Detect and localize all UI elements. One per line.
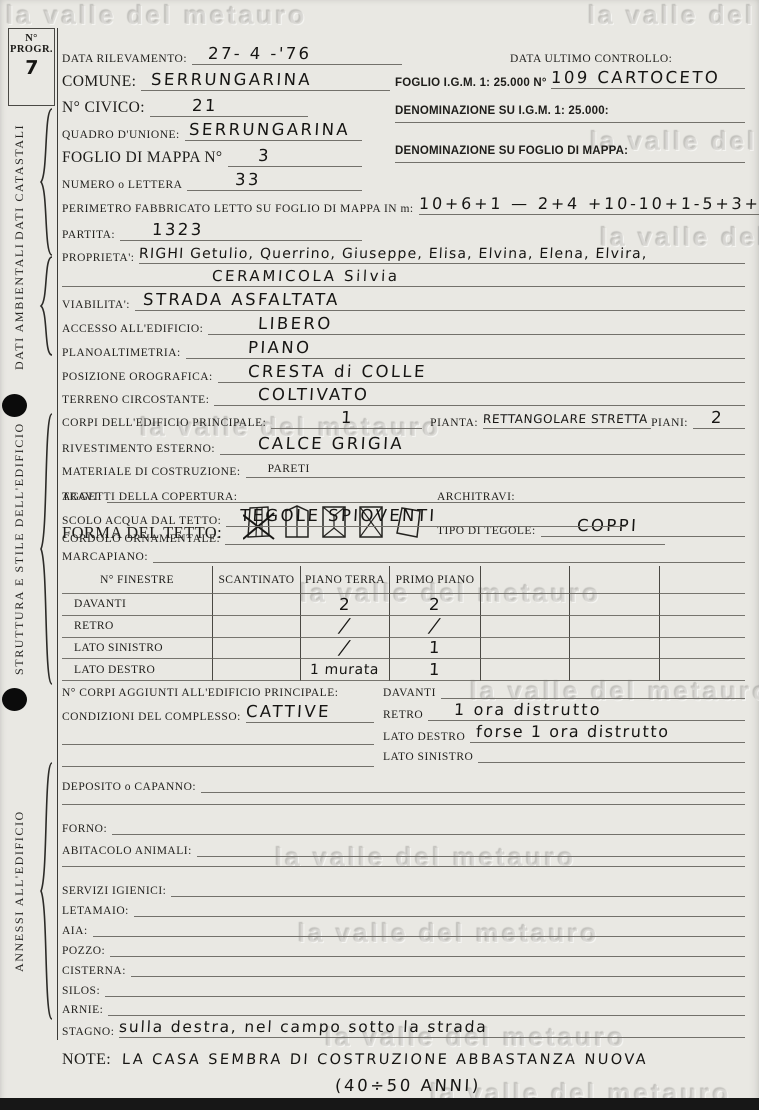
- note-value: LA CASA SEMBRA DI COSTRUZIONE ABBASTANZA…: [122, 1052, 649, 1068]
- table-cell: [570, 638, 660, 660]
- note-label: NOTE:: [62, 1051, 116, 1069]
- field-corpi-aggiunti-davanti: DAVANTI: [383, 678, 745, 700]
- data-rilevamento-value: 27- 4 -'76: [208, 46, 312, 63]
- numero-lettera-value: 33: [235, 172, 262, 189]
- table-cell: 2: [301, 594, 390, 616]
- table-cell: [213, 594, 301, 616]
- progr-value: 7: [24, 57, 39, 79]
- field-materiale: MATERIALE DI COSTRUZIONE: PARETI: [62, 456, 745, 479]
- scolo-value: TEGOLE SPIOVENTI: [240, 508, 437, 525]
- field-planoaltimetria: PLANOALTIMETRIA: PIANO: [62, 334, 745, 360]
- watermark: la valle del metauro: [6, 0, 307, 31]
- retro-value: 1 ora distrutto: [454, 700, 603, 719]
- field-posizione: POSIZIONE OROGRAFICA: CRESTA di COLLE: [62, 358, 745, 384]
- table-cell: [213, 638, 301, 660]
- field-note-2: (40÷50 ANNI): [335, 1070, 635, 1096]
- field-retro-corpi: RETRO 1 ora distrutto: [383, 698, 745, 722]
- table-cell: [660, 638, 745, 660]
- foglio-igm-value: 109 CARTOCETO: [550, 70, 720, 87]
- n-civico-label: N° CIVICO:: [62, 99, 150, 117]
- col-header: [660, 566, 745, 594]
- field-cordolo: CORDOLO ORNAMENTALE:: [62, 528, 745, 546]
- table-row-label: DAVANTI: [62, 594, 213, 616]
- section-label-struttura-stile: STRUTTURA E STILE DELL'EDIFICIO: [12, 413, 27, 685]
- comune-label: COMUNE:: [62, 73, 141, 91]
- foglio-mappa-value: 3: [257, 148, 271, 165]
- table-cell: 1: [390, 638, 481, 660]
- planoaltimetria-value: PIANO: [247, 340, 311, 357]
- table-cell: 2: [390, 594, 481, 616]
- stagno-value: sulla destra, nel campo sotto la strada: [119, 1018, 489, 1036]
- blank-rule: [62, 844, 745, 867]
- blank-rule: [62, 722, 374, 745]
- col-header: PRIMO PIANO: [390, 566, 481, 594]
- field-perimetro: PERIMETRO FABBRICATO LETTO SU FOGLIO DI …: [62, 188, 745, 216]
- blank-rule: [395, 136, 745, 163]
- watermark: la valle del metauro: [588, 0, 759, 31]
- quadro-unione-value: SERRUNGARINA: [188, 122, 350, 139]
- brace-icon: [38, 413, 54, 685]
- field-corpi-aggiunti: N° CORPI AGGIUNTI ALL'EDIFICIO PRINCIPAL…: [62, 678, 378, 700]
- field-comune: COMUNE: SERRUNGARINA: [62, 64, 390, 92]
- lato-destro-value: forse 1 ora distrutto: [476, 722, 671, 741]
- field-marcapiano: MARCAPIANO:: [62, 546, 745, 564]
- rivestimento-label: RIVESTIMENTO ESTERNO:: [62, 443, 220, 455]
- table-cell: /: [390, 616, 481, 638]
- viabilita-value: STRADA ASFALTATA: [143, 292, 341, 309]
- scanned-survey-form: la valle del metauro la valle del metaur…: [0, 0, 759, 1110]
- partita-value: 1323: [152, 222, 204, 239]
- pianta-value: RETTANGOLARE STRETTA: [483, 412, 649, 426]
- table-cell: /: [301, 638, 390, 660]
- terreno-value: COLTIVATO: [258, 387, 370, 404]
- note-value-2: (40÷50 ANNI): [335, 1076, 482, 1095]
- field-lato-destro-corpi: LATO DESTRO forse 1 ora distrutto: [383, 720, 745, 744]
- piani-value: 2: [711, 410, 725, 427]
- col-header: [570, 566, 660, 594]
- corpi-label: CORPI DELL'EDIFICIO PRINCIPALE:: [62, 417, 271, 429]
- field-stagno: STAGNO: sulla destra, nel campo sotto la…: [62, 1013, 745, 1039]
- field-foglio-igm: FOGLIO I.G.M. 1: 25.000 N° 109 CARTOCETO: [395, 62, 745, 90]
- field-note: NOTE: LA CASA SEMBRA DI COSTRUZIONE ABBA…: [62, 1042, 745, 1070]
- table-row-label: RETRO: [62, 616, 213, 638]
- corpi-value: 1: [341, 410, 355, 427]
- progr-label: PROGR.: [9, 44, 54, 55]
- field-foglio-mappa: FOGLIO DI MAPPA N° 3: [62, 140, 362, 168]
- field-partita: PARTITA: 1323: [62, 214, 362, 242]
- field-proprieta-2: CERAMICOLA Silvia: [62, 263, 745, 288]
- field-scolo: SCOLO ACQUA DAL TETTO: TEGOLE SPIOVENTI: [62, 506, 745, 528]
- blank-rule: [62, 744, 374, 767]
- brace-icon: [38, 762, 54, 1020]
- accesso-value: LIBERO: [258, 316, 334, 333]
- table-cell: [481, 638, 570, 660]
- field-aggetti: AGGETTI DELLA COPERTURA:: [62, 487, 745, 504]
- table-cell: [481, 594, 570, 616]
- margin-divider: [57, 28, 58, 1040]
- finestre-table: N° FINESTRE SCANTINATO PIANO TERRA PRIMO…: [62, 566, 745, 681]
- materiale-label: MATERIALE DI COSTRUZIONE:: [62, 466, 246, 478]
- table-cell: [660, 594, 745, 616]
- blank-rule: [62, 782, 745, 805]
- brace-icon: [38, 256, 54, 356]
- field-n-civico: N° CIVICO: 21: [62, 92, 308, 118]
- field-viabilita: VIABILITA': STRADA ASFALTATA: [62, 286, 745, 312]
- field-quadro-unione: QUADRO D'UNIONE: SERRUNGARINA: [62, 116, 362, 142]
- pianta-label: PIANTA:: [422, 417, 483, 429]
- rivestimento-value: CALCE GRIGIA: [258, 436, 405, 453]
- field-corpi-pianta: CORPI DELL'EDIFICIO PRINCIPALE: 1 PIANTA…: [62, 404, 745, 430]
- col-header: [481, 566, 570, 594]
- field-lato-sinistro-corpi: LATO SINISTRO: [383, 742, 745, 764]
- table-cell: [570, 594, 660, 616]
- section-label-annessi: ANNESSI ALL'EDIFICIO: [12, 762, 27, 1020]
- hole-punch-icon: [2, 394, 27, 417]
- field-data-rilevamento: DATA RILEVAMENTO: 27- 4 -'76: [62, 38, 402, 66]
- condizioni-value: CATTIVE: [245, 704, 331, 721]
- posizione-value: CRESTA di COLLE: [247, 364, 427, 381]
- field-accesso: ACCESSO ALL'EDIFICIO: LIBERO: [62, 310, 745, 336]
- field-condizioni: CONDIZIONI DEL COMPLESSO: CATTIVE: [62, 698, 374, 724]
- progr-label: N°: [9, 33, 54, 44]
- col-header: SCANTINATO: [213, 566, 301, 594]
- field-forno: FORNO:: [62, 812, 745, 836]
- stagno-label: STAGNO:: [62, 1026, 119, 1038]
- marcapiano-label: MARCAPIANO:: [62, 551, 153, 563]
- proprieta-value-2: CERAMICOLA Silvia: [212, 267, 401, 285]
- table-cell: [570, 616, 660, 638]
- col-header: N° FINESTRE: [62, 566, 213, 594]
- foglio-igm-label: FOGLIO I.G.M. 1: 25.000 N°: [395, 77, 551, 89]
- table-cell: [481, 616, 570, 638]
- cordolo-label: CORDOLO ORNAMENTALE:: [62, 533, 225, 545]
- hole-punch-icon: [2, 688, 27, 711]
- scan-bottom-edge: [0, 1098, 759, 1110]
- perimetro-value: 10+6+1 — 2+4 +10-10+1-5+3+2+5: [418, 194, 759, 213]
- section-label-dati-ambientali: DATI AMBIENTALI: [12, 256, 27, 356]
- table-row-label: LATO SINISTRO: [62, 638, 213, 660]
- progressivo-box: N° PROGR. 7: [8, 28, 55, 106]
- field-rivestimento: RIVESTIMENTO ESTERNO: CALCE GRIGIA: [62, 430, 745, 456]
- table-cell: [660, 616, 745, 638]
- table-cell: [213, 616, 301, 638]
- materiale-value: PARETI: [268, 463, 315, 475]
- foglio-mappa-label: FOGLIO DI MAPPA N°: [62, 149, 228, 167]
- piani-label: PIANI:: [651, 417, 693, 429]
- section-label-dati-catastali: DATI CATASTALI: [12, 108, 27, 256]
- aggetti-label: AGGETTI DELLA COPERTURA:: [62, 491, 243, 503]
- lato-sinistro-label: LATO SINISTRO: [383, 751, 478, 763]
- table-cell: /: [301, 616, 390, 638]
- field-proprieta: PROPRIETA': RIGHI Getulio, Querrino, Giu…: [62, 240, 745, 265]
- col-header: PIANO TERRA: [301, 566, 390, 594]
- proprieta-value: RIGHI Getulio, Querrino, Giuseppe, Elisa…: [139, 247, 648, 262]
- n-civico-value: 21: [192, 98, 219, 115]
- scolo-label: SCOLO ACQUA DAL TETTO:: [62, 515, 226, 527]
- blank-rule: [395, 96, 745, 123]
- brace-icon: [38, 108, 54, 256]
- comune-value: SERRUNGARINA: [151, 72, 313, 89]
